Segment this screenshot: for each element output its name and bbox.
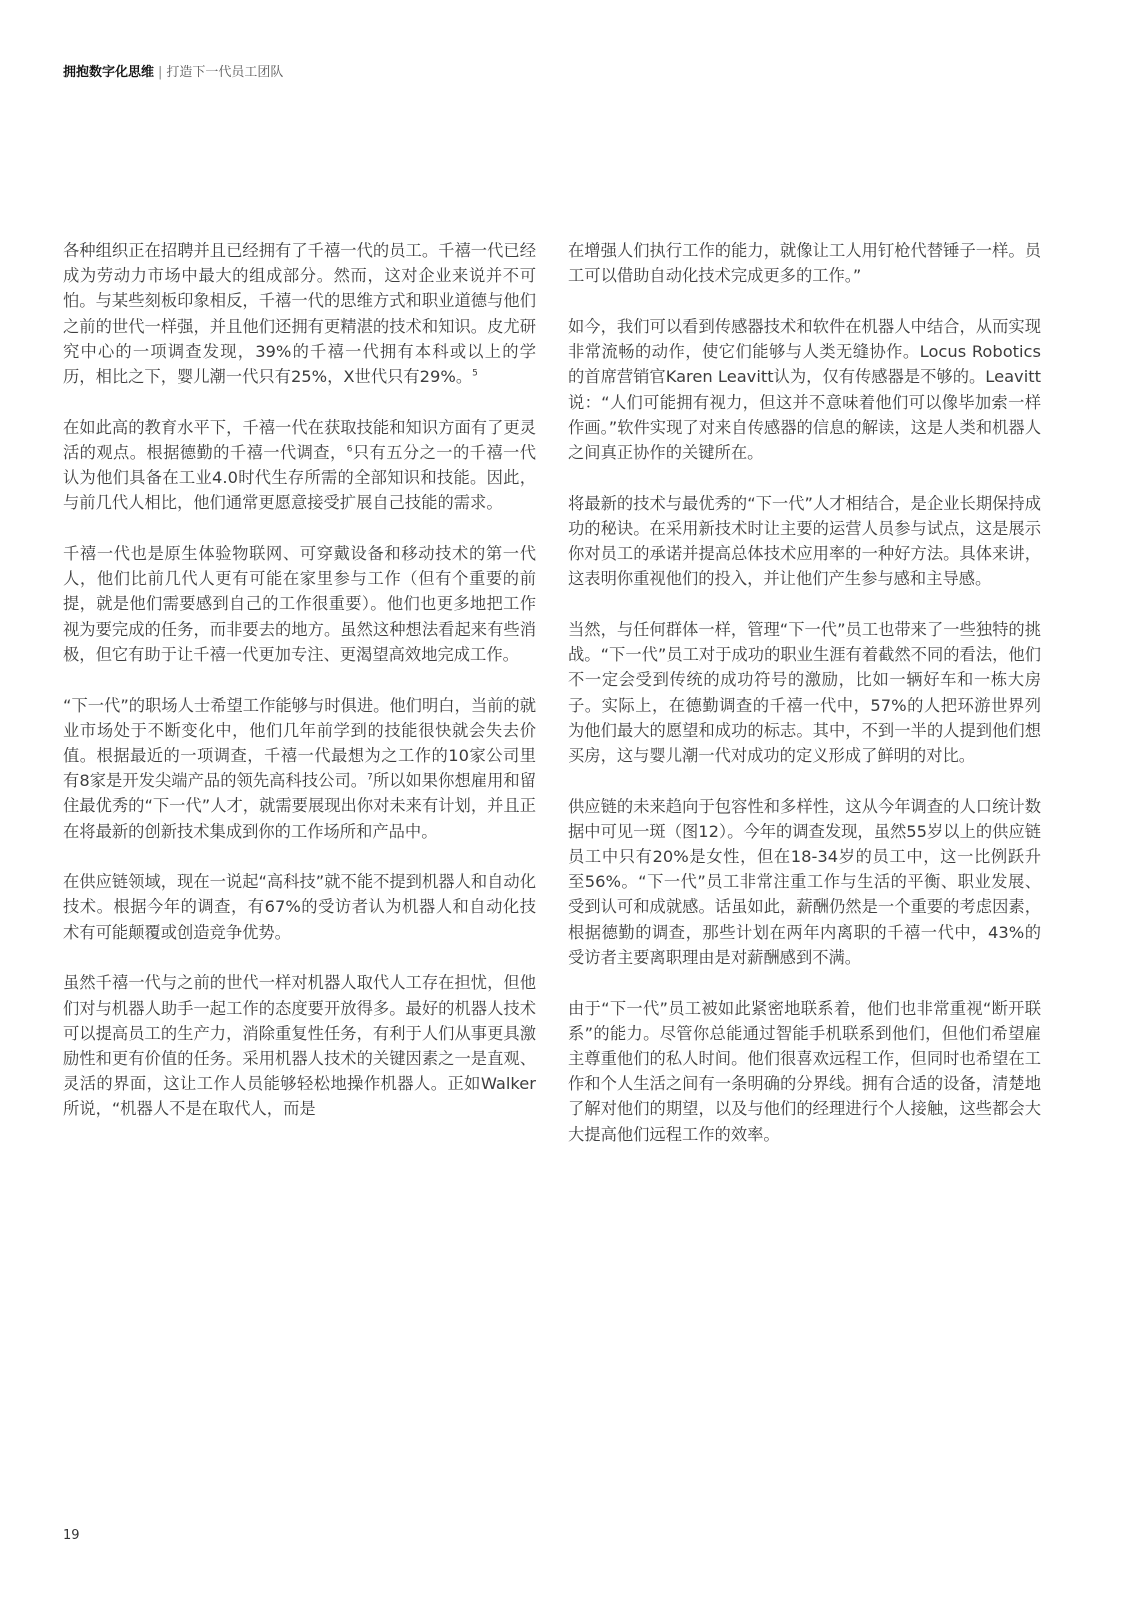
paragraph-text: 如今，我们可以看到传感器技术和软件在机器人中结合，从而实现非常流畅的动作，使它们…	[568, 317, 1041, 462]
page-number: 19	[63, 1528, 80, 1543]
paragraph: 将最新的技术与最优秀的“下一代”人才相结合，是企业长期保持成功的秘诀。在采用新技…	[568, 491, 1041, 592]
paragraph: 千禧一代也是原生体验物联网、可穿戴设备和移动技术的第一代人，他们比前几代人更有可…	[63, 541, 536, 667]
paragraph-text: 各种组织正在招聘并且已经拥有了千禧一代的员工。千禧一代已经成为劳动力市场中最大的…	[63, 241, 536, 386]
paragraph: 在增强人们执行工作的能力，就像让工人用钉枪代替锤子一样。员工可以借助自动化技术完…	[568, 238, 1041, 288]
paragraph-text: 在供应链领域，现在一说起“高科技”就不能不提到机器人和自动化技术。根据今年的调查…	[63, 872, 536, 941]
footnote-ref: 5	[472, 369, 478, 379]
right-column: 在增强人们执行工作的能力，就像让工人用钉枪代替锤子一样。员工可以借助自动化技术完…	[568, 238, 1041, 1172]
paragraph: 供应链的未来趋向于包容性和多样性，这从今年调查的人口统计数据中可见一斑（图12）…	[568, 794, 1041, 970]
paragraph: 由于“下一代”员工被如此紧密地联系着，他们也非常重视“断开联系”的能力。尽管你总…	[568, 996, 1041, 1147]
header-separator: |	[158, 65, 162, 80]
paragraph-text: 由于“下一代”员工被如此紧密地联系着，他们也非常重视“断开联系”的能力。尽管你总…	[568, 999, 1041, 1144]
header-subtitle: 打造下一代员工团队	[166, 65, 283, 80]
paragraph: 各种组织正在招聘并且已经拥有了千禧一代的员工。千禧一代已经成为劳动力市场中最大的…	[63, 238, 536, 389]
paragraph: 如今，我们可以看到传感器技术和软件在机器人中结合，从而实现非常流畅的动作，使它们…	[568, 314, 1041, 465]
running-header: 拥抱数字化思维|打造下一代员工团队	[63, 64, 283, 82]
header-title: 拥抱数字化思维	[63, 65, 154, 80]
paragraph-text: 当然，与任何群体一样，管理“下一代”员工也带来了一些独特的挑战。“下一代”员工对…	[568, 620, 1041, 765]
paragraph-text: 供应链的未来趋向于包容性和多样性，这从今年调查的人口统计数据中可见一斑（图12）…	[568, 797, 1041, 967]
paragraph-text: 千禧一代也是原生体验物联网、可穿戴设备和移动技术的第一代人，他们比前几代人更有可…	[63, 544, 536, 664]
paragraph: 当然，与任何群体一样，管理“下一代”员工也带来了一些独特的挑战。“下一代”员工对…	[568, 617, 1041, 768]
left-column: 各种组织正在招聘并且已经拥有了千禧一代的员工。千禧一代已经成为劳动力市场中最大的…	[63, 238, 536, 1147]
paragraph-text: 虽然千禧一代与之前的世代一样对机器人取代人工存在担忧，但他们对与机器人助手一起工…	[63, 973, 536, 1118]
paragraph-text: 在增强人们执行工作的能力，就像让工人用钉枪代替锤子一样。员工可以借助自动化技术完…	[568, 241, 1041, 285]
paragraph-text: 将最新的技术与最优秀的“下一代”人才相结合，是企业长期保持成功的秘诀。在采用新技…	[568, 494, 1041, 589]
paragraph: 虽然千禧一代与之前的世代一样对机器人取代人工存在担忧，但他们对与机器人助手一起工…	[63, 970, 536, 1121]
paragraph: 在供应链领域，现在一说起“高科技”就不能不提到机器人和自动化技术。根据今年的调查…	[63, 869, 536, 945]
paragraph: “下一代”的职场人士希望工作能够与时俱进。他们明白，当前的就业市场处于不断变化中…	[63, 693, 536, 844]
paragraph: 在如此高的教育水平下，千禧一代在获取技能和知识方面有了更灵活的观点。根据德勤的千…	[63, 415, 536, 516]
